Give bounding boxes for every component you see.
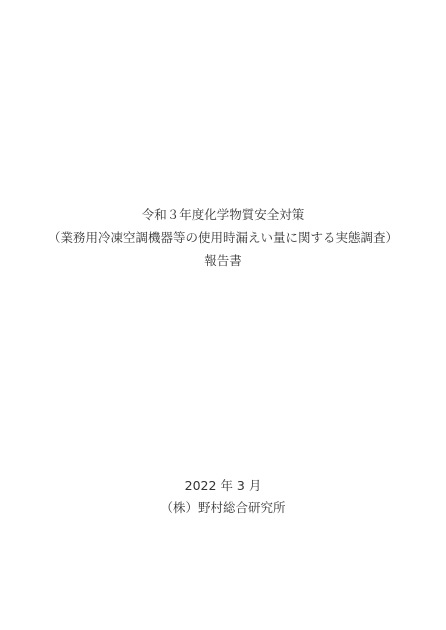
title-line-2: （業務用冷凍空調機器等の使用時漏えい量に関する実態調査） <box>0 230 446 246</box>
publisher-name: （株）野村総合研究所 <box>0 500 446 516</box>
title-line-1: 令和３年度化学物質安全対策 <box>0 207 446 223</box>
publication-date: 2022 年 3 月 <box>0 478 446 494</box>
title-line-3: 報告書 <box>0 253 446 269</box>
